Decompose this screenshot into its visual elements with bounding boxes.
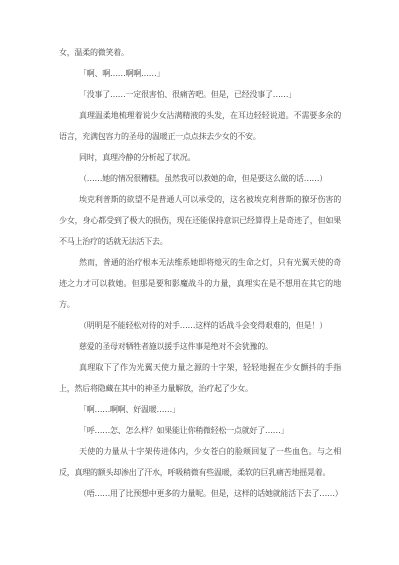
paragraph: （……她的情况很糟糕。虽然我可以救她的命，但是要这么做的话……） bbox=[59, 168, 341, 189]
paragraph: 然而，普通的治疗根本无法维系她即将熄灭的生命之灯，只有光翼天使的奇迹之力才可以救… bbox=[59, 252, 341, 315]
paragraph: 天使的力量从十字架传进体内，少女苍白的脸颊回复了一些血色。与之相反，真理的额头却… bbox=[59, 441, 341, 483]
paragraph: 「没事了……一定很害怕、很痛苦吧。但是，已经没事了……」 bbox=[59, 84, 341, 105]
paragraph: 「啊、啊……啊啊……」 bbox=[59, 63, 341, 84]
paragraph: 埃克利普斯的欲望不是普通人可以承受的，这名被埃克利普斯的獠牙伤害的少女，身心都受… bbox=[59, 189, 341, 252]
novel-page: 女，温柔的微笑着。 「啊、啊……啊啊……」 「没事了……一定很害怕、很痛苦吧。但… bbox=[0, 0, 399, 565]
paragraph: （唔……用了比预想中更多的力量呢。但是，这样的话她就能活下去了……） bbox=[59, 483, 341, 504]
paragraph: 真理温柔地梳理着说少女沾满精液的头发，在耳边轻轻说道。不需要多余的语言，充满包容… bbox=[59, 105, 341, 147]
paragraph: 「呼……怎、怎么样？如果能让你稍微轻松一点就好了……」 bbox=[59, 420, 341, 441]
paragraph: 同时，真理冷静的分析起了状况。 bbox=[59, 147, 341, 168]
paragraph: 真理取下了作为光翼天使力量之源的十字架，轻轻地握在少女颤抖的手指上，然后将隐藏在… bbox=[59, 357, 341, 399]
paragraph: 慈爱的圣母对牺牲者施以援手这件事是绝对不会犹豫的。 bbox=[59, 336, 341, 357]
paragraph: 「啊……啊啊、好温暖……」 bbox=[59, 399, 341, 420]
paragraph: （明明是不能轻松对待的对手……这样的话战斗会变得艰难的，但是！） bbox=[59, 315, 341, 336]
reader-viewport: 女，温柔的微笑着。 「啊、啊……啊啊……」 「没事了……一定很害怕、很痛苦吧。但… bbox=[0, 0, 399, 565]
paragraph: 女，温柔的微笑着。 bbox=[59, 42, 341, 63]
